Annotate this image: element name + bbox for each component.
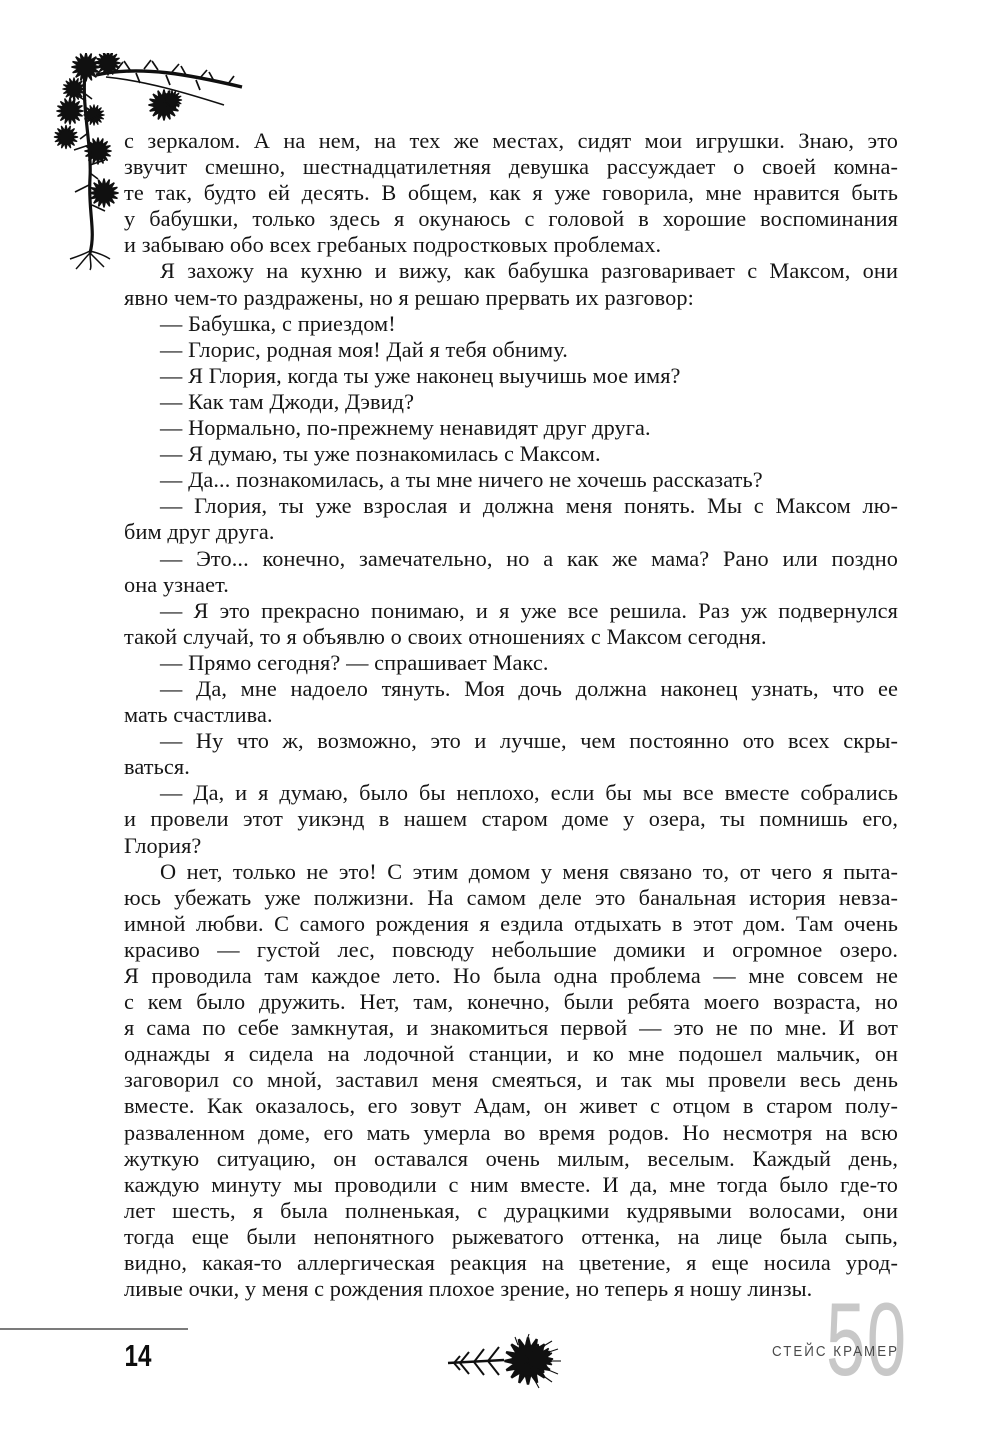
text-line: юсь убежать уже полжизни. На самом деле … xyxy=(124,885,898,911)
text-line: у бабушки, только здесь я окунаюсь с гол… xyxy=(124,206,898,232)
text-line: и провели этот уикэнд в нашем старом дом… xyxy=(124,806,898,832)
chapter-big-number: 50 xyxy=(826,1288,907,1392)
text-line: те так, будто ей десять. В общем, как я … xyxy=(124,180,898,206)
text-line: с кем было дружить. Нет, там, конечно, б… xyxy=(124,989,898,1015)
text-line: бим друг друга. xyxy=(124,519,898,545)
text-line: — Ну что ж, возможно, это и лучше, чем п… xyxy=(124,728,898,754)
author-name: СТЕЙС КРАМЕР xyxy=(772,1345,899,1361)
text-line: каждую минуту мы проводили с ним вместе.… xyxy=(124,1172,898,1198)
text-line: ливые очки, у меня с рождения плохое зре… xyxy=(124,1276,898,1302)
text-line: — Я Глория, когда ты уже наконец выучишь… xyxy=(124,363,898,389)
book-page: с зеркалом. А на нем, на тех же местах, … xyxy=(0,0,986,1447)
text-line: я сама по себе замкнутая, и знакомиться … xyxy=(124,1015,898,1041)
text-line: Глория? xyxy=(124,833,898,859)
page-number: 14 xyxy=(111,1340,164,1371)
text-line: — Глория, ты уже взрослая и должна меня … xyxy=(124,493,898,519)
body-text: с зеркалом. А на нем, на тех же местах, … xyxy=(124,128,898,1302)
text-line: Я проводила там каждое лето. Но была одн… xyxy=(124,963,898,989)
text-line: — Прямо сегодня? — спрашивает Макс. xyxy=(124,650,898,676)
text-line: Я захожу на кухню и вижу, как бабушка ра… xyxy=(124,258,898,284)
text-line: — Я думаю, ты уже познакомилась с Максом… xyxy=(124,441,898,467)
text-line: жуткую ситуацию, он оставался очень милы… xyxy=(124,1146,898,1172)
text-line: — Да, мне надоело тянуть. Моя дочь должн… xyxy=(124,676,898,702)
text-line: мать счастлива. xyxy=(124,702,898,728)
text-line: — Да... познакомилась, а ты мне ничего н… xyxy=(124,467,898,493)
thistle-sprig-ornament xyxy=(446,1333,562,1391)
text-line: однажды я сидела на лодочной станции, и … xyxy=(124,1041,898,1067)
text-line: разваленном доме, его мать умерла во вре… xyxy=(124,1120,898,1146)
text-line: такой случай, то я объявлю о своих отнош… xyxy=(124,624,898,650)
text-line: она узнает. xyxy=(124,572,898,598)
footer-rule xyxy=(0,1328,188,1330)
text-line: явно чем-то раздражены, но я решаю прерв… xyxy=(124,285,898,311)
text-line: лет шесть, я была полненькая, с дурацким… xyxy=(124,1198,898,1224)
text-line: тогда еще были непонятного рыжеватого от… xyxy=(124,1224,898,1250)
text-line: видно, какая-то аллергическая реакция на… xyxy=(124,1250,898,1276)
text-line: — Бабушка, с приездом! xyxy=(124,311,898,337)
text-line: — Это... конечно, замечательно, но а как… xyxy=(124,546,898,572)
text-line: О нет, только не это! С этим домом у мен… xyxy=(124,859,898,885)
text-line: — Я это прекрасно понимаю, и я уже все р… xyxy=(124,598,898,624)
text-line: вместе. Как оказалось, его зовут Адам, о… xyxy=(124,1093,898,1119)
text-line: и забываю обо всех гребаных подростковых… xyxy=(124,232,898,258)
text-line: с зеркалом. А на нем, на тех же местах, … xyxy=(124,128,898,154)
text-line: — Нормально, по-прежнему ненавидят друг … xyxy=(124,415,898,441)
text-line: ваться. xyxy=(124,754,898,780)
text-line: — Как там Джоди, Дэвид? xyxy=(124,389,898,415)
text-line: заговорил со мной, заставил меня смеятьс… xyxy=(124,1067,898,1093)
text-line: красиво — густой лес, повсюду небольшие … xyxy=(124,937,898,963)
text-line: звучит смешно, шестнадцатилетняя девушка… xyxy=(124,154,898,180)
text-line: имной любви. С самого рождения я ездила … xyxy=(124,911,898,937)
text-line: — Глорис, родная моя! Дай я тебя обниму. xyxy=(124,337,898,363)
text-line: — Да, и я думаю, было бы неплохо, если б… xyxy=(124,780,898,806)
